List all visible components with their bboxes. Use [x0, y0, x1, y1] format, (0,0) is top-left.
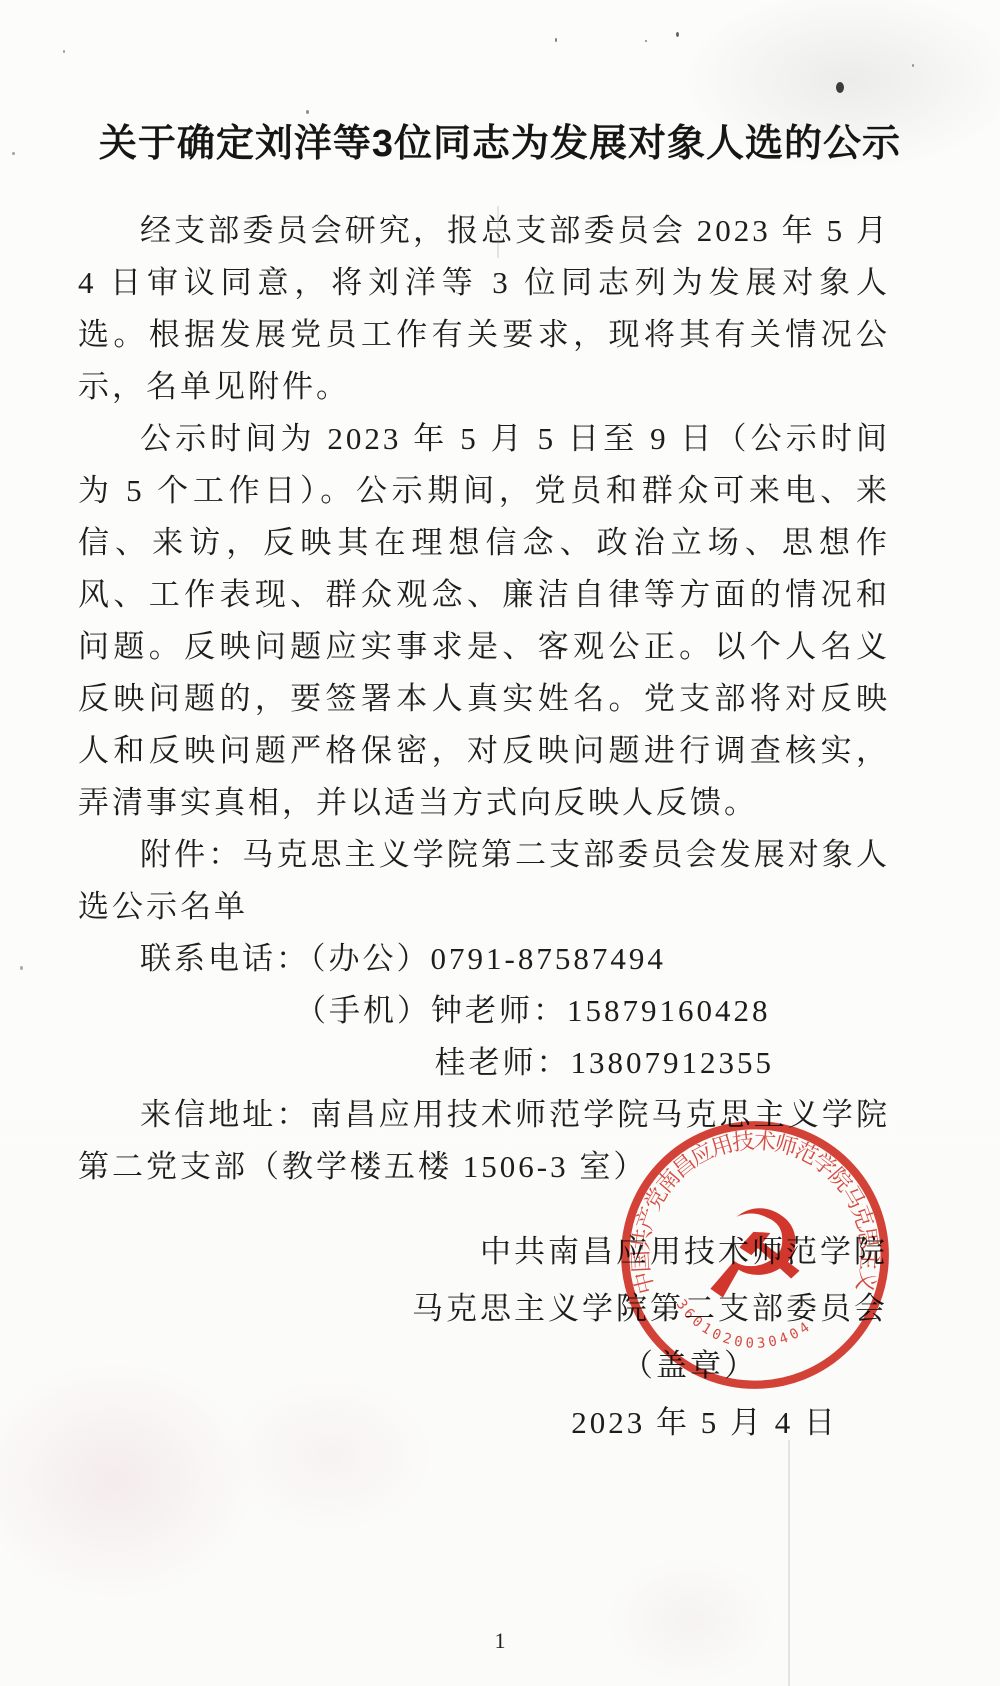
scan-speck — [306, 110, 309, 114]
paragraph-resolution: 经支部委员会研究，报总支部委员会 2023 年 5 月 4 日审议同意，将刘洋等… — [78, 205, 890, 413]
scan-crease — [497, 206, 499, 258]
mailing-address: 来信地址：南昌应用技术师范学院马克思主义学院第二党支部（教学楼五楼 1506-3… — [78, 1089, 890, 1193]
contact-mobile-zhong: （手机）钟老师：15879160428 — [78, 985, 890, 1037]
scan-speck — [12, 152, 15, 155]
scan-speck — [676, 32, 679, 37]
signature-org-line1: 中共南昌应用技术师范学院 — [0, 1223, 1000, 1280]
document-body: 经支部委员会研究，报总支部委员会 2023 年 5 月 4 日审议同意，将刘洋等… — [78, 205, 890, 1193]
page-number: 1 — [0, 1628, 1000, 1654]
scan-speck — [836, 82, 844, 93]
scan-speck — [912, 64, 914, 67]
scan-speck — [645, 40, 647, 42]
contact-mobile-gui: 桂老师：13807912355 — [78, 1037, 890, 1089]
scan-speck — [63, 50, 65, 53]
document-title: 关于确定刘洋等3位同志为发展对象人选的公示 — [0, 0, 1000, 169]
attachment-line: 附件：马克思主义学院第二支部委员会发展对象人选公示名单 — [78, 829, 890, 933]
signature-block: 中共南昌应用技术师范学院 马克思主义学院第二支部委员会 （盖章） 2023 年 … — [0, 1223, 1000, 1451]
signature-org-line2: 马克思主义学院第二支部委员会 — [0, 1280, 1000, 1337]
contact-office-phone: 联系电话：（办公）0791-87587494 — [78, 933, 890, 985]
signature-date: 2023 年 5 月 4 日 — [0, 1394, 1000, 1451]
scan-speck — [20, 966, 23, 970]
scanned-document-page: 关于确定刘洋等3位同志为发展对象人选的公示 经支部委员会研究，报总支部委员会 2… — [0, 0, 1000, 1686]
paragraph-publicity-period: 公示时间为 2023 年 5 月 5 日至 9 日（公示时间为 5 个工作日）。… — [78, 413, 890, 829]
scan-speck — [555, 38, 557, 42]
signature-seal-note: （盖章） — [0, 1337, 1000, 1394]
